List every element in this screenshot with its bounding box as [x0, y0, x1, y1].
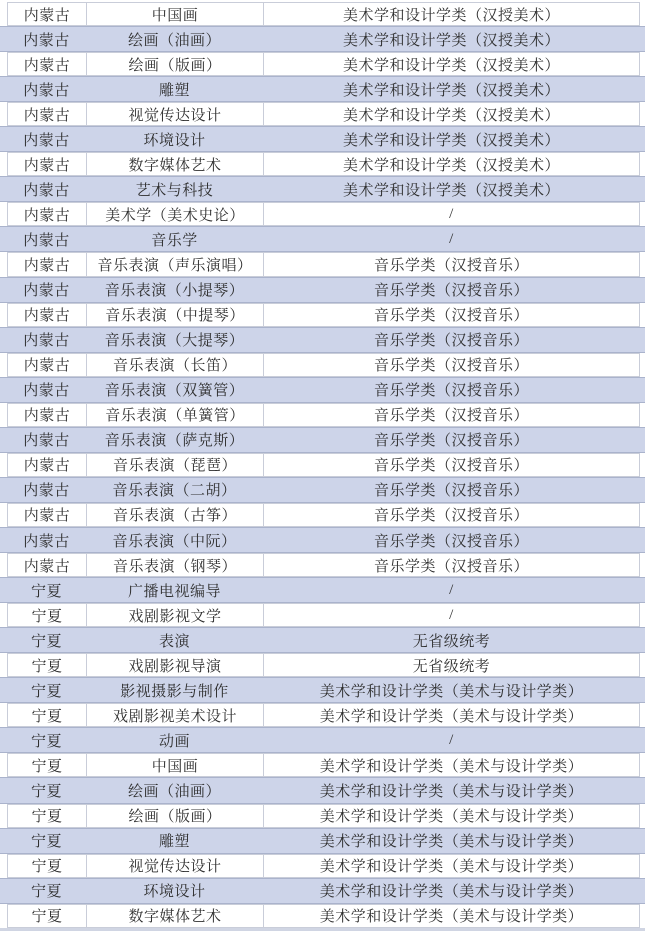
table-row: 内蒙古音乐表演（长笛）音乐学类（汉授音乐） — [7, 353, 640, 377]
province-cell: 宁夏 — [7, 879, 86, 903]
category-cell: 无省级统考 — [263, 628, 640, 652]
category-cell: 音乐学类（汉授音乐） — [263, 478, 640, 502]
table-row: 宁夏影视摄影与制作美术学和设计学类（美术与设计学类） — [0, 677, 645, 703]
province-cell: 内蒙古 — [7, 52, 86, 76]
province-cell: 内蒙古 — [7, 328, 86, 352]
category-cell: 音乐学类（汉授音乐） — [263, 428, 640, 452]
category-cell: 美术学和设计学类（汉授美术） — [263, 152, 640, 176]
major-cell: 美术学（美术史论） — [86, 202, 263, 226]
major-cell: 音乐表演（大提琴） — [86, 328, 263, 352]
province-cell: 宁夏 — [7, 578, 86, 602]
major-cell: 表演 — [86, 628, 263, 652]
category-cell: 音乐学类（汉授音乐） — [263, 303, 640, 327]
province-cell: 宁夏 — [7, 753, 86, 777]
category-cell: 音乐学类（汉授音乐） — [263, 528, 640, 552]
category-cell: 美术学和设计学类（美术与设计学类） — [263, 778, 640, 802]
province-cell: 内蒙古 — [7, 102, 86, 126]
province-cell: 内蒙古 — [7, 27, 86, 51]
major-cell: 音乐表演（双簧管） — [86, 378, 263, 402]
category-cell: 音乐学类（汉授音乐） — [263, 278, 640, 302]
category-cell: / — [263, 227, 640, 251]
major-cell: 环境设计 — [86, 127, 263, 151]
table-row: 内蒙古音乐表演（钢琴）音乐学类（汉授音乐） — [7, 553, 640, 577]
province-cell: 内蒙古 — [7, 478, 86, 502]
major-cell: 音乐表演（长笛） — [86, 353, 263, 377]
province-cell: 内蒙古 — [7, 152, 86, 176]
province-cell: 内蒙古 — [7, 127, 86, 151]
major-cell: 戏剧影视导演 — [86, 653, 263, 677]
province-cell: 内蒙古 — [7, 528, 86, 552]
category-cell: / — [263, 728, 640, 752]
major-cell: 音乐表演（古筝） — [86, 503, 263, 527]
province-cell: 内蒙古 — [7, 227, 86, 251]
table-row: 宁夏动画/ — [0, 727, 645, 753]
table-row: 内蒙古音乐表演（双簧管）音乐学类（汉授音乐） — [0, 377, 645, 403]
table-row: 内蒙古绘画（版画）美术学和设计学类（汉授美术） — [7, 52, 640, 76]
table-row: 内蒙古音乐表演（声乐演唱）音乐学类（汉授音乐） — [7, 252, 640, 276]
category-cell: / — [263, 578, 640, 602]
major-cell: 音乐表演（单簧管） — [86, 403, 263, 427]
category-cell: 美术学和设计学类（汉授美术） — [263, 127, 640, 151]
table-row: 内蒙古美术学（美术史论）/ — [7, 202, 640, 226]
province-cell: 宁夏 — [7, 728, 86, 752]
table-row: 内蒙古音乐表演（古筝）音乐学类（汉授音乐） — [7, 503, 640, 527]
table-row: 宁夏数字媒体艺术美术学和设计学类（美术与设计学类） — [7, 904, 640, 928]
province-cell: 内蒙古 — [7, 303, 86, 327]
table-row: 内蒙古音乐表演（中阮）音乐学类（汉授音乐） — [0, 527, 645, 553]
table-row: 宁夏视觉传达设计美术学和设计学类（美术与设计学类） — [7, 854, 640, 878]
major-cell: 广播电视编导 — [86, 578, 263, 602]
province-cell: 内蒙古 — [7, 428, 86, 452]
province-cell: 宁夏 — [7, 678, 86, 702]
province-cell: 内蒙古 — [7, 2, 86, 26]
table-row: 宁夏绘画（油画）美术学和设计学类（美术与设计学类） — [0, 777, 645, 803]
category-cell: 美术学和设计学类（美术与设计学类） — [263, 703, 640, 727]
category-cell: 美术学和设计学类（美术与设计学类） — [263, 804, 640, 828]
category-cell: 无省级统考 — [263, 653, 640, 677]
major-cell: 戏剧影视文学 — [86, 603, 263, 627]
table-row: 内蒙古音乐表演（大提琴）音乐学类（汉授音乐） — [0, 327, 645, 353]
province-cell: 宁夏 — [7, 703, 86, 727]
major-cell: 雕塑 — [86, 829, 263, 853]
table-row: 内蒙古音乐表演（中提琴）音乐学类（汉授音乐） — [7, 303, 640, 327]
province-cell: 宁夏 — [7, 804, 86, 828]
category-cell: 美术学和设计学类（美术与设计学类） — [263, 854, 640, 878]
category-cell: 音乐学类（汉授音乐） — [263, 252, 640, 276]
major-cell: 绘画（油画） — [86, 27, 263, 51]
major-cell: 绘画（版画） — [86, 52, 263, 76]
table-row: 宁夏环境设计美术学和设计学类（美术与设计学类） — [0, 878, 645, 904]
table-row: 宁夏雕塑美术学和设计学类（美术与设计学类） — [0, 828, 645, 854]
major-cell: 音乐表演（中提琴） — [86, 303, 263, 327]
category-cell: 音乐学类（汉授音乐） — [263, 503, 640, 527]
major-cell: 中国画 — [86, 753, 263, 777]
major-cell: 戏剧影视美术设计 — [86, 703, 263, 727]
province-cell: 内蒙古 — [7, 77, 86, 101]
category-cell: 音乐学类（汉授音乐） — [263, 353, 640, 377]
table-row: 宁夏绘画（版画）美术学和设计学类（美术与设计学类） — [7, 804, 640, 828]
major-cell: 视觉传达设计 — [86, 854, 263, 878]
major-cell: 视觉传达设计 — [86, 102, 263, 126]
table-row: 宁夏戏剧影视导演无省级统考 — [7, 653, 640, 677]
province-cell: 宁夏 — [7, 904, 86, 928]
major-cell: 数字媒体艺术 — [86, 152, 263, 176]
category-cell: 美术学和设计学类（汉授美术） — [263, 27, 640, 51]
category-cell: 音乐学类（汉授音乐） — [263, 453, 640, 477]
table-row: 宁夏中国画美术学和设计学类（美术与设计学类） — [7, 753, 640, 777]
province-cell: 内蒙古 — [7, 503, 86, 527]
province-cell: 内蒙古 — [7, 378, 86, 402]
category-cell: 音乐学类（汉授音乐） — [263, 403, 640, 427]
table-row: 内蒙古音乐表演（琵琶）音乐学类（汉授音乐） — [7, 453, 640, 477]
major-cell: 音乐表演（萨克斯） — [86, 428, 263, 452]
province-cell: 宁夏 — [7, 778, 86, 802]
table-row: 内蒙古中国画美术学和设计学类（汉授美术） — [7, 2, 640, 26]
province-cell: 内蒙古 — [7, 177, 86, 201]
province-cell: 内蒙古 — [7, 202, 86, 226]
table-row: 内蒙古音乐学/ — [0, 226, 645, 252]
category-cell: 音乐学类（汉授音乐） — [263, 378, 640, 402]
table-row: 宁夏戏剧影视美术设计美术学和设计学类（美术与设计学类） — [7, 703, 640, 727]
major-cell: 艺术与科技 — [86, 177, 263, 201]
category-cell: 音乐学类（汉授音乐） — [263, 553, 640, 577]
province-cell: 内蒙古 — [7, 453, 86, 477]
major-cell: 音乐表演（二胡） — [86, 478, 263, 502]
table-row: 内蒙古数字媒体艺术美术学和设计学类（汉授美术） — [7, 152, 640, 176]
major-cell: 音乐表演（琵琶） — [86, 453, 263, 477]
table-row: 内蒙古视觉传达设计美术学和设计学类（汉授美术） — [7, 102, 640, 126]
province-cell: 内蒙古 — [7, 403, 86, 427]
major-cell: 音乐表演（中阮） — [86, 528, 263, 552]
province-cell: 内蒙古 — [7, 252, 86, 276]
category-cell: 美术学和设计学类（汉授美术） — [263, 77, 640, 101]
category-cell: / — [263, 202, 640, 226]
major-cell: 中国画 — [86, 2, 263, 26]
major-cell: 动画 — [86, 728, 263, 752]
table-row: 内蒙古艺术与科技美术学和设计学类（汉授美术） — [0, 176, 645, 202]
category-cell: / — [263, 603, 640, 627]
table-row: 内蒙古环境设计美术学和设计学类（汉授美术） — [0, 126, 645, 152]
province-cell: 宁夏 — [7, 628, 86, 652]
province-cell: 宁夏 — [7, 603, 86, 627]
category-cell: 美术学和设计学类（美术与设计学类） — [263, 904, 640, 928]
province-cell: 宁夏 — [7, 829, 86, 853]
province-cell: 宁夏 — [7, 854, 86, 878]
table-row: 宁夏戏剧影视文学/ — [7, 603, 640, 627]
category-cell: 美术学和设计学类（美术与设计学类） — [263, 753, 640, 777]
category-cell: 美术学和设计学类（美术与设计学类） — [263, 879, 640, 903]
table-row: 内蒙古音乐表演（单簧管）音乐学类（汉授音乐） — [7, 403, 640, 427]
major-cell: 影视摄影与制作 — [86, 678, 263, 702]
major-cell: 音乐表演（声乐演唱） — [86, 252, 263, 276]
major-cell: 绘画（油画） — [86, 778, 263, 802]
province-cell: 宁夏 — [7, 653, 86, 677]
table-row: 宁夏广播电视编导/ — [0, 577, 645, 603]
category-cell: 美术学和设计学类（汉授美术） — [263, 2, 640, 26]
province-cell: 内蒙古 — [7, 278, 86, 302]
major-cell: 音乐学 — [86, 227, 263, 251]
major-cell: 雕塑 — [86, 77, 263, 101]
major-cell: 数字媒体艺术 — [86, 904, 263, 928]
category-cell: 美术学和设计学类（美术与设计学类） — [263, 678, 640, 702]
major-cell: 音乐表演（钢琴） — [86, 553, 263, 577]
category-cell: 美术学和设计学类（汉授美术） — [263, 52, 640, 76]
table-row: 内蒙古音乐表演（萨克斯）音乐学类（汉授音乐） — [0, 427, 645, 453]
exam-table: 内蒙古中国画美术学和设计学类（汉授美术）内蒙古绘画（油画）美术学和设计学类（汉授… — [0, 0, 645, 928]
major-cell: 音乐表演（小提琴） — [86, 278, 263, 302]
province-cell: 内蒙古 — [7, 553, 86, 577]
table-row: 宁夏表演无省级统考 — [0, 627, 645, 653]
major-cell: 环境设计 — [86, 879, 263, 903]
category-cell: 美术学和设计学类（汉授美术） — [263, 177, 640, 201]
category-cell: 美术学和设计学类（汉授美术） — [263, 102, 640, 126]
category-cell: 美术学和设计学类（美术与设计学类） — [263, 829, 640, 853]
table-row: 内蒙古雕塑美术学和设计学类（汉授美术） — [0, 76, 645, 102]
table-row: 内蒙古绘画（油画）美术学和设计学类（汉授美术） — [0, 26, 645, 52]
major-cell: 绘画（版画） — [86, 804, 263, 828]
table-row: 内蒙古音乐表演（小提琴）音乐学类（汉授音乐） — [0, 277, 645, 303]
category-cell: 音乐学类（汉授音乐） — [263, 328, 640, 352]
table-row: 内蒙古音乐表演（二胡）音乐学类（汉授音乐） — [0, 477, 645, 503]
province-cell: 内蒙古 — [7, 353, 86, 377]
